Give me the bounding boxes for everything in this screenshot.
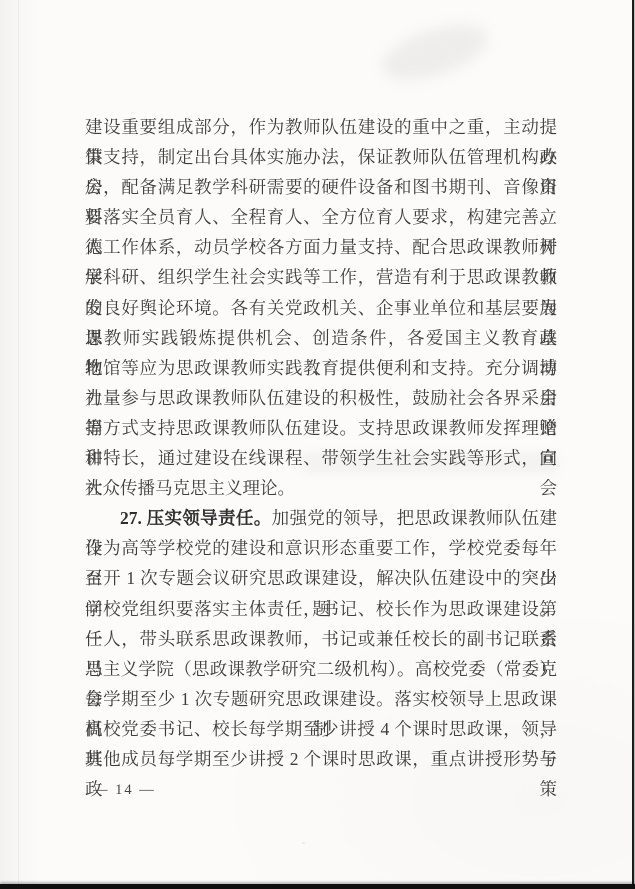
text-line: 其他成员每学期至少讲授 2 个课时思政课，重点讲授形势与政策 [85,744,557,774]
scan-edge-bottom [0,884,635,889]
text-line: 房，配备满足教学科研需要的硬件设备和图书期刊、音像资料。 [85,172,557,202]
text-line: 每学期至少 1 次专题研究思政课建设。落实校领导上思政课机制， [85,684,557,714]
text-line: 力量参与思政课教师队伍建设的积极性，鼓励社会各界采用捐赠 [85,383,557,413]
text-line: 学科研、组织学生社会实践等工作，营造有利于思政课教师发展 [85,262,557,292]
text-line: 召开 1 次专题会议研究思政课建设，解决队伍建设中的突出问题。 [85,563,557,593]
scanned-page: 建设重要组成部分，作为教师队伍建设的重中之重，主动提供政 策支持，制定出台具体实… [0,0,635,889]
text-line: 建设重要组成部分，作为教师队伍建设的重中之重，主动提供政 [85,112,557,142]
section-heading: 27. 压实领导责任。 [120,508,272,528]
text-line-section-start: 27. 压实领导责任。加强党的领导，把思政课教师队伍建设 [85,503,557,533]
text-line: 思主义学院（思政课教学研究二级机构）。高校党委（常委）会 [85,654,557,684]
text-line: 等方式支持思政课教师队伍建设。支持思政课教师发挥理论和宣 [85,413,557,443]
text-line: 高校党委书记、校长每学期至少讲授 4 个课时思政课，领导班子 [85,714,557,744]
scan-speck [302,842,305,844]
scan-smudge-top-right [376,14,495,91]
page-number: — 14 — [93,782,156,799]
text-line: 学校党组织要落实主体责任，书记、校长作为思政课建设第一责 [85,594,557,624]
text-line: 要落实全员育人、全程育人、全方位育人要求，构建完善立德树 [85,202,557,232]
document-body: 建设重要组成部分，作为教师队伍建设的重中之重，主动提供政 策支持，制定出台具体实… [85,112,557,774]
text-line: 策支持，制定出台具体实施办法，保证教师队伍管理机构办公用 [85,142,557,172]
text-line: 任人，带头联系思政课教师，书记或兼任校长的副书记联系马克 [85,624,557,654]
text-line: 人工作体系，动员学校各方面力量支持、配合思政课教师开展教 [85,232,557,262]
text-line: 物馆等应为思政课教师实践教育提供便利和支持。充分调动社会 [85,353,557,383]
text-line: 课教师实践锻炼提供机会、创造条件，各爱国主义教育基地、博 [85,323,557,353]
scan-edge-right [632,0,634,889]
scan-artifact-left-line [18,0,19,889]
text-line: 讲特长，通过建设在线课程、带领学生社会实践等形式，向社会 [85,443,557,473]
text-line: 作为高等学校党的建设和意识形态重要工作，学校党委每年至少 [85,533,557,563]
text-line: 的良好舆论环境。各有关党政机关、企事业单位和基层要为思政 [85,293,557,323]
